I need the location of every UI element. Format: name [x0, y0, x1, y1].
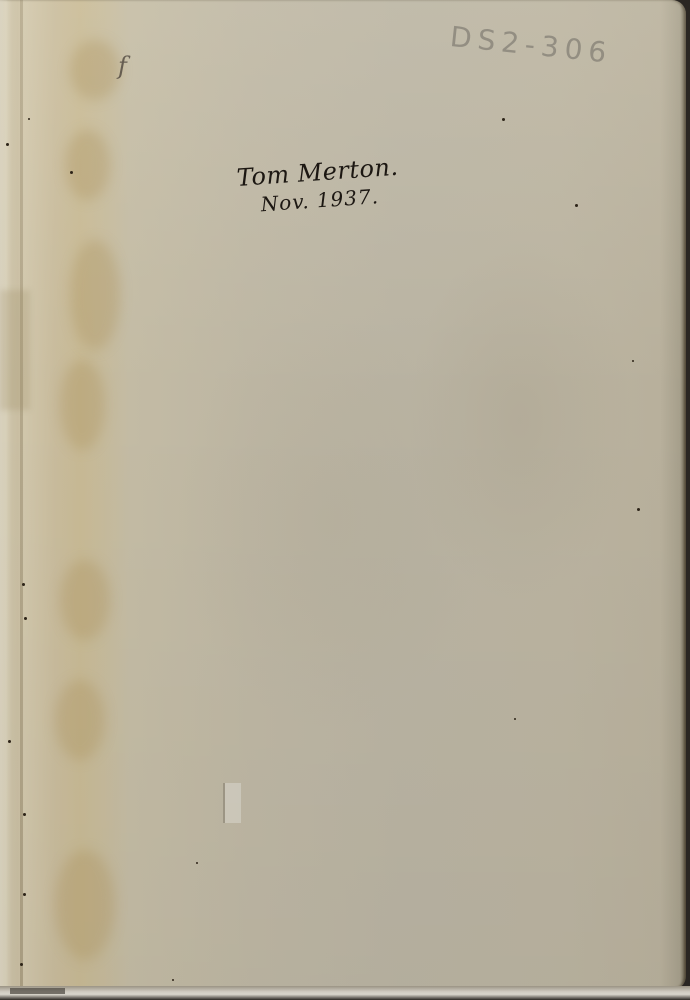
page-bottom-edge: [0, 986, 690, 1000]
bottom-edge-label: [10, 988, 65, 994]
speck: [23, 813, 26, 816]
paper-fleck: [223, 783, 241, 823]
foxing-stain: [55, 680, 105, 760]
speck: [172, 979, 174, 981]
speck: [632, 360, 634, 362]
speck: [6, 143, 9, 146]
gutter-edge: [0, 0, 8, 990]
speck: [24, 617, 27, 620]
corner-pencil-mark: f: [118, 52, 127, 80]
foxing-stain: [65, 130, 110, 200]
speck: [23, 893, 26, 896]
speck: [70, 171, 73, 174]
gutter-fold-line: [20, 0, 23, 990]
inscription-date: Nov. 1937.: [260, 185, 401, 215]
pencil-shelfmark: DS2-306: [449, 20, 614, 70]
ownership-inscription: Tom Merton. Nov. 1937.: [236, 155, 401, 216]
foxing-stain: [70, 40, 120, 100]
speck: [637, 508, 640, 511]
speck: [28, 118, 30, 120]
foxing-stain: [60, 560, 110, 640]
speck: [575, 204, 578, 207]
foxing-stain: [60, 360, 105, 450]
speck: [502, 118, 505, 121]
foxing-stain: [55, 850, 115, 960]
water-stain: [0, 290, 30, 410]
flyleaf-page: f DS2-306 Tom Merton. Nov. 1937.: [0, 0, 686, 990]
speck: [8, 740, 11, 743]
foxing-stain: [70, 240, 120, 350]
speck: [20, 963, 23, 966]
speck: [22, 583, 25, 586]
speck: [196, 862, 198, 864]
speck: [514, 718, 516, 720]
